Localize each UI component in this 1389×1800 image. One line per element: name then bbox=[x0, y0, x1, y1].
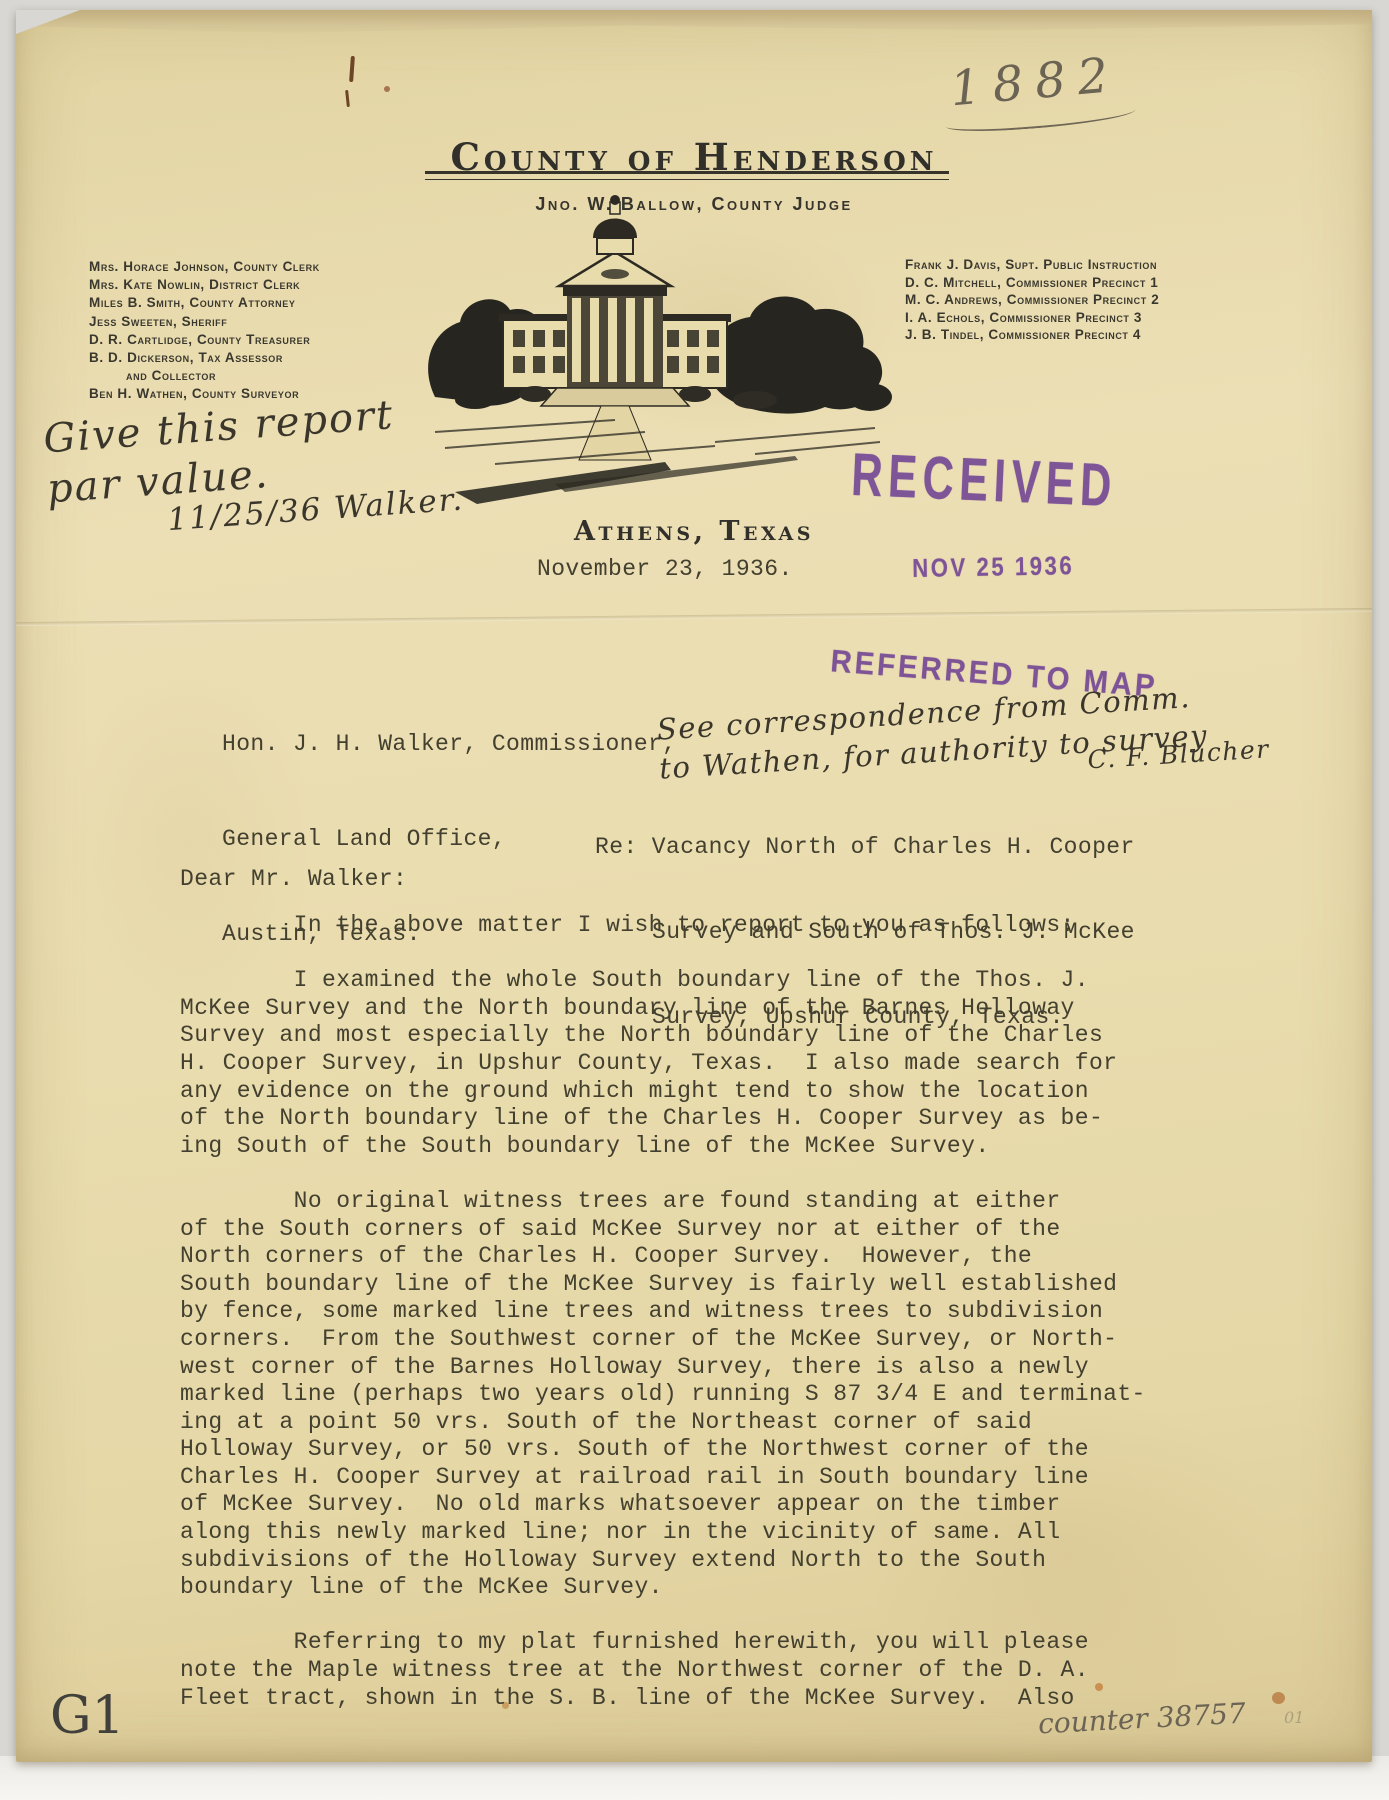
fold-crease bbox=[16, 608, 1372, 626]
official-entry: Miles B. Smith, County Attorney bbox=[89, 294, 320, 312]
handwritten-faint-mark: 01 bbox=[1284, 1708, 1304, 1727]
official-entry: Jess Sweeten, Sheriff bbox=[89, 313, 320, 331]
official-entry: Mrs. Horace Johnson, County Clerk bbox=[89, 258, 320, 276]
letter-date: November 23, 1936. bbox=[537, 556, 793, 582]
official-entry: Frank J. Davis, Supt. Public Instruction bbox=[905, 256, 1159, 274]
official-entry: J. B. Tindel, Commissioner Precinct 4 bbox=[905, 326, 1159, 344]
letterhead-city: Athens, Texas bbox=[16, 516, 1372, 547]
officials-list-left: Mrs. Horace Johnson, County Clerk Mrs. K… bbox=[89, 258, 320, 404]
received-date-stamp: NOV 25 1936 bbox=[912, 550, 1074, 584]
letter-body: In the above matter I wish to report to … bbox=[180, 912, 1146, 1712]
official-entry: I. A. Echols, Commissioner Precinct 3 bbox=[905, 309, 1159, 327]
ink-mark bbox=[345, 90, 350, 107]
address-line: Hon. J. H. Walker, Commissioner, bbox=[222, 729, 676, 761]
re-line: Re: Vacancy North of Charles H. Cooper bbox=[595, 833, 1135, 861]
received-stamp: RECEIVED bbox=[850, 440, 1118, 521]
official-entry: M. C. Andrews, Commissioner Precinct 2 bbox=[905, 291, 1159, 309]
letter-paper: 1882 County of Henderson Jno. W. Ballow,… bbox=[16, 10, 1372, 1762]
official-entry: and Collector bbox=[89, 367, 320, 385]
handwritten-archive-number: 1882 bbox=[948, 47, 1122, 118]
scan-backing-strip bbox=[0, 1756, 1389, 1800]
letter-scan: 1882 County of Henderson Jno. W. Ballow,… bbox=[0, 0, 1389, 1800]
official-entry: D. C. Mitchell, Commissioner Precinct 1 bbox=[905, 274, 1159, 292]
official-entry: B. D. Dickerson, Tax Assessor bbox=[89, 349, 320, 367]
paper-torn-top-edge bbox=[16, 10, 1372, 36]
stain-dot bbox=[1272, 1692, 1285, 1704]
salutation: Dear Mr. Walker: bbox=[180, 866, 407, 892]
handwritten-mark-g1: G1 bbox=[50, 1686, 125, 1746]
official-entry: Mrs. Kate Nowlin, District Clerk bbox=[89, 276, 320, 294]
official-entry: D. R. Cartlidge, County Treasurer bbox=[89, 331, 320, 349]
ink-mark bbox=[349, 56, 355, 82]
officials-list-right: Frank J. Davis, Supt. Public Instruction… bbox=[905, 256, 1159, 344]
courthouse-illustration bbox=[415, 192, 895, 524]
letterhead-rule bbox=[425, 171, 949, 180]
stain-dot bbox=[384, 86, 390, 92]
